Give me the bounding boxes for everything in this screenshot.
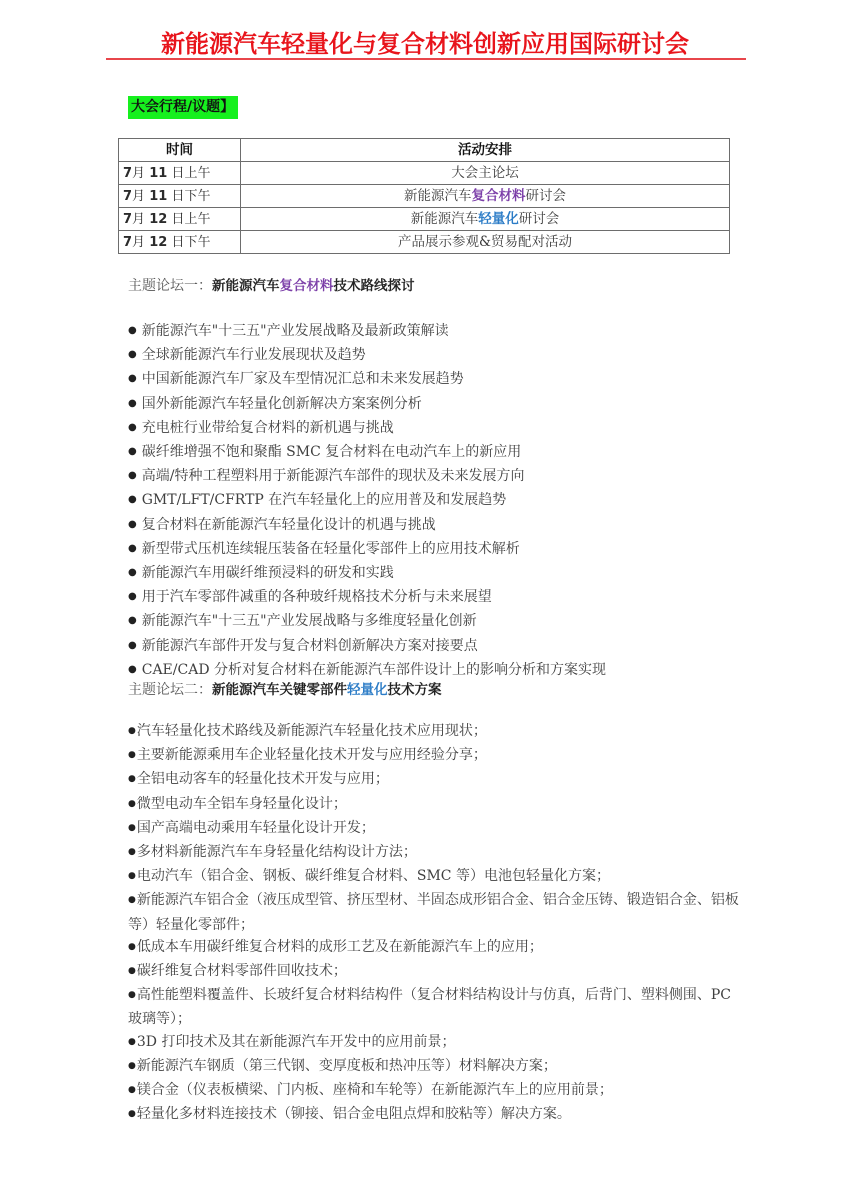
list-item: 新能源汽车用碳纤维预浸料的研发和实践 — [128, 562, 606, 586]
list-item: 高性能塑料覆盖件、长玻纤复合材料结构件（复合材料结构设计与仿真，后背门、塑料侧围… — [128, 984, 740, 1030]
list-item: GMT/LFT/CFRTP 在汽车轻量化上的应用普及和发展趋势 — [128, 489, 606, 513]
forum1-topic-list: 新能源汽车"十三五"产业发展战略及最新政策解读 全球新能源汽车行业发展现状及趋势… — [128, 320, 606, 683]
list-item: 国产高端电动乘用车轻量化设计开发； — [128, 817, 740, 841]
list-item: 新型带式压机连续辊压装备在轻量化零部件上的应用技术解析 — [128, 538, 606, 562]
forum1-prefix: 主题论坛一： — [128, 278, 212, 294]
list-item: 新能源汽车钢质（第三代钢、变厚度板和热冲压等）材料解决方案； — [128, 1055, 740, 1079]
header-activity: 活动安排 — [241, 139, 730, 162]
list-item: 低成本车用碳纤维复合材料的成形工艺及在新能源汽车上的应用； — [128, 936, 740, 960]
highlight-lightweight: 轻量化 — [478, 211, 519, 227]
list-item: 新能源汽车铝合金（液压成型管、挤压型材、半固态成形铝合金、铝合金压铸、锻造铝合金… — [128, 889, 740, 935]
list-item: 碳纤维复合材料零部件回收技术； — [128, 960, 740, 984]
list-item: 复合材料在新能源汽车轻量化设计的机遇与挑战 — [128, 514, 606, 538]
list-item: 电动汽车（铝合金、钢板、碳纤维复合材料、SMC 等）电池包轻量化方案； — [128, 865, 740, 889]
activity-cell: 产品展示参观&贸易配对活动 — [241, 231, 730, 254]
list-item: 高端/特种工程塑料用于新能源汽车部件的现状及未来发展方向 — [128, 465, 606, 489]
table-row: 7月 11 日下午 新能源汽车复合材料研讨会 — [119, 185, 730, 208]
table-header-row: 时间 活动安排 — [119, 139, 730, 162]
list-item: 全球新能源汽车行业发展现状及趋势 — [128, 344, 606, 368]
forum2-prefix: 主题论坛二： — [128, 682, 212, 698]
list-item: 轻量化多材料连接技术（铆接、铝合金电阻点焊和胶粘等）解决方案。 — [128, 1103, 740, 1127]
list-item: 新能源汽车部件开发与复合材料创新解决方案对接要点 — [128, 635, 606, 659]
table-row: 7月 11 日上午 大会主论坛 — [119, 162, 730, 185]
document-title: 新能源汽车轻量化与复合材料创新应用国际研讨会 — [0, 28, 850, 60]
forum1-heading: 主题论坛一：新能源汽车复合材料技术路线探讨 — [128, 276, 415, 296]
title-underline — [106, 58, 746, 60]
table-row: 7月 12 日下午 产品展示参观&贸易配对活动 — [119, 231, 730, 254]
forum2-highlight: 轻量化 — [347, 682, 388, 698]
list-item: 用于汽车零部件减重的各种玻纤规格技术分析与未来展望 — [128, 586, 606, 610]
list-item: 微型电动车全铝车身轻量化设计； — [128, 793, 740, 817]
time-cell: 7月 11 日下午 — [119, 185, 241, 208]
time-cell: 7月 12 日上午 — [119, 208, 241, 231]
list-item: 3D 打印技术及其在新能源汽车开发中的应用前景； — [128, 1031, 740, 1055]
section-tag-agenda: 大会行程/议题】 — [128, 96, 238, 119]
list-item: 中国新能源汽车厂家及车型情况汇总和未来发展趋势 — [128, 368, 606, 392]
list-item: 新能源汽车"十三五"产业发展战略及最新政策解读 — [128, 320, 606, 344]
list-item: 碳纤维增强不饱和聚酯 SMC 复合材料在电动汽车上的新应用 — [128, 441, 606, 465]
forum1-highlight: 复合材料 — [280, 278, 334, 294]
header-time: 时间 — [119, 139, 241, 162]
time-cell: 7月 12 日下午 — [119, 231, 241, 254]
list-item: 全铝电动客车的轻量化技术开发与应用； — [128, 768, 740, 792]
list-item: 汽车轻量化技术路线及新能源汽车轻量化技术应用现状； — [128, 720, 740, 744]
list-item: 充电桩行业带给复合材料的新机遇与挑战 — [128, 417, 606, 441]
list-item: 多材料新能源汽车车身轻量化结构设计方法； — [128, 841, 740, 865]
list-item: 国外新能源汽车轻量化创新解决方案案例分析 — [128, 393, 606, 417]
list-item: 镁合金（仪表板横梁、门内板、座椅和车轮等）在新能源汽车上的应用前景； — [128, 1079, 740, 1103]
activity-cell: 大会主论坛 — [241, 162, 730, 185]
activity-cell: 新能源汽车轻量化研讨会 — [241, 208, 730, 231]
forum2-topic-list: 汽车轻量化技术路线及新能源汽车轻量化技术应用现状； 主要新能源乘用车企业轻量化技… — [128, 720, 740, 1127]
forum2-heading: 主题论坛二：新能源汽车关键零部件轻量化技术方案 — [128, 680, 442, 700]
highlight-composite: 复合材料 — [472, 188, 526, 204]
table-row: 7月 12 日上午 新能源汽车轻量化研讨会 — [119, 208, 730, 231]
schedule-table: 时间 活动安排 7月 11 日上午 大会主论坛 7月 11 日下午 新能源汽车复… — [118, 138, 730, 254]
activity-cell: 新能源汽车复合材料研讨会 — [241, 185, 730, 208]
list-item: 新能源汽车"十三五"产业发展战略与多维度轻量化创新 — [128, 610, 606, 634]
time-cell: 7月 11 日上午 — [119, 162, 241, 185]
list-item: 主要新能源乘用车企业轻量化技术开发与应用经验分享； — [128, 744, 740, 768]
